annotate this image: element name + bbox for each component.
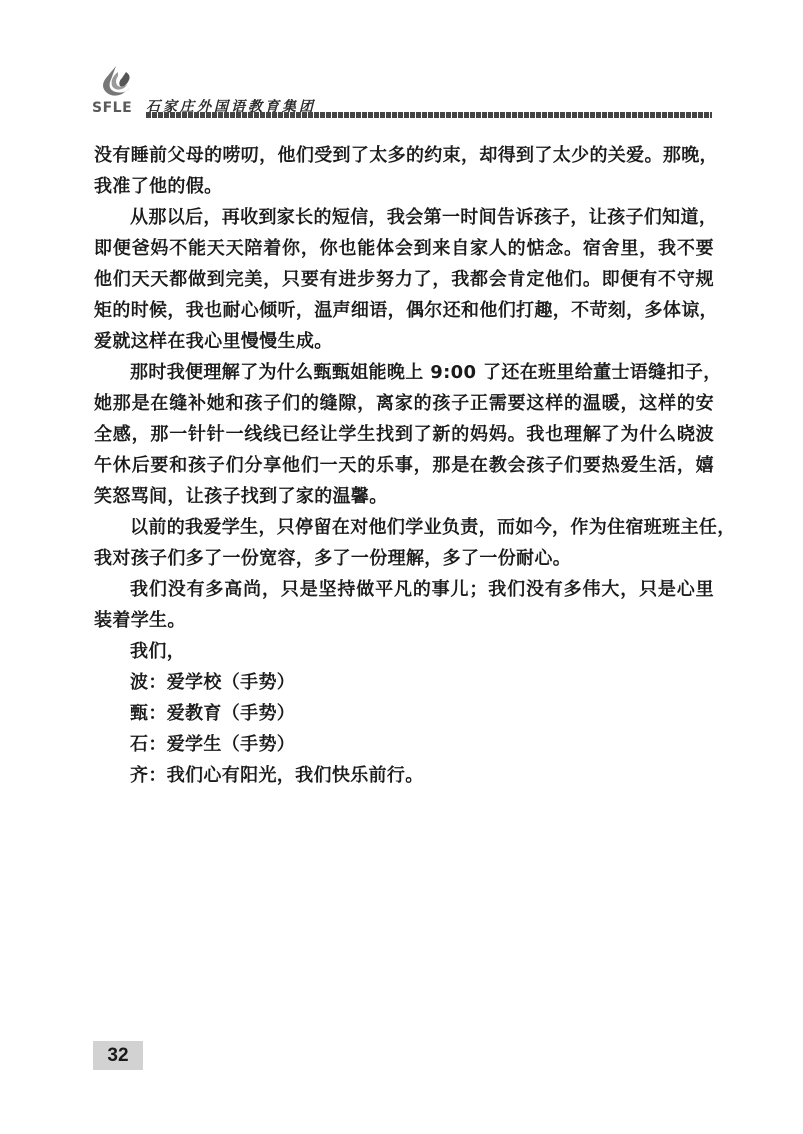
sfle-swirl-icon [96, 64, 136, 100]
text-line: 甄：爱教育（手势） [94, 698, 714, 729]
text-line: 全感，那一针针一线线已经让学生找到了新的妈妈。我也理解了为什么晓波 [94, 419, 714, 450]
page-number: 32 [93, 1041, 143, 1070]
text-line: 没有睡前父母的唠叨，他们受到了太多的约束，却得到了太少的关爱。那晚， [94, 140, 714, 171]
text-line: 笑怒骂间，让孩子找到了家的温馨。 [94, 481, 714, 512]
text-line: 我们， [94, 636, 714, 667]
page-header: SFLE 石家庄外国语教育集团 [88, 62, 716, 122]
text-line: 从那以后，再收到家长的短信，我会第一时间告诉孩子，让孩子们知道， [94, 202, 714, 233]
text-line: 矩的时候，我也耐心倾听，温声细语，偶尔还和他们打趣，不苛刻，多体谅， [94, 295, 714, 326]
body-text: 没有睡前父母的唠叨，他们受到了太多的约束，却得到了太少的关爱。那晚，我准了他的假… [94, 140, 714, 791]
text-line: 波：爱学校（手势） [94, 667, 714, 698]
text-line: 石：爱学生（手势） [94, 729, 714, 760]
text-line: 齐：我们心有阳光，我们快乐前行。 [94, 760, 714, 791]
text-line: 午休后要和孩子们分享他们一天的乐事，那是在教会孩子们要热爱生活，嬉 [94, 450, 714, 481]
logo-text: SFLE [92, 100, 132, 116]
sfle-logo: SFLE [92, 64, 140, 118]
text-line: 爱就这样在我心里慢慢生成。 [94, 326, 714, 357]
text-line: 装着学生。 [94, 605, 714, 636]
text-line: 以前的我爱学生，只停留在对他们学业负责，而如今，作为住宿班班主任， [94, 512, 714, 543]
text-line: 他们天天都做到完美，只要有进步努力了，我都会肯定他们。即便有不守规 [94, 264, 714, 295]
header-dotted-rule [146, 112, 712, 118]
text-line: 我对孩子们多了一份宽容，多了一份理解，多了一份耐心。 [94, 543, 714, 574]
text-line: 那时我便理解了为什么甄甄姐能晚上 9:00 了还在班里给董士语缝扣子， [94, 357, 714, 388]
text-line: 她那是在缝补她和孩子们的缝隙，离家的孩子正需要这样的温暖，这样的安 [94, 388, 714, 419]
text-line: 我准了他的假。 [94, 171, 714, 202]
text-line: 我们没有多高尚，只是坚持做平凡的事儿；我们没有多伟大，只是心里 [94, 574, 714, 605]
text-line: 即便爸妈不能天天陪着你，你也能体会到来自家人的惦念。宿舍里，我不要 [94, 233, 714, 264]
